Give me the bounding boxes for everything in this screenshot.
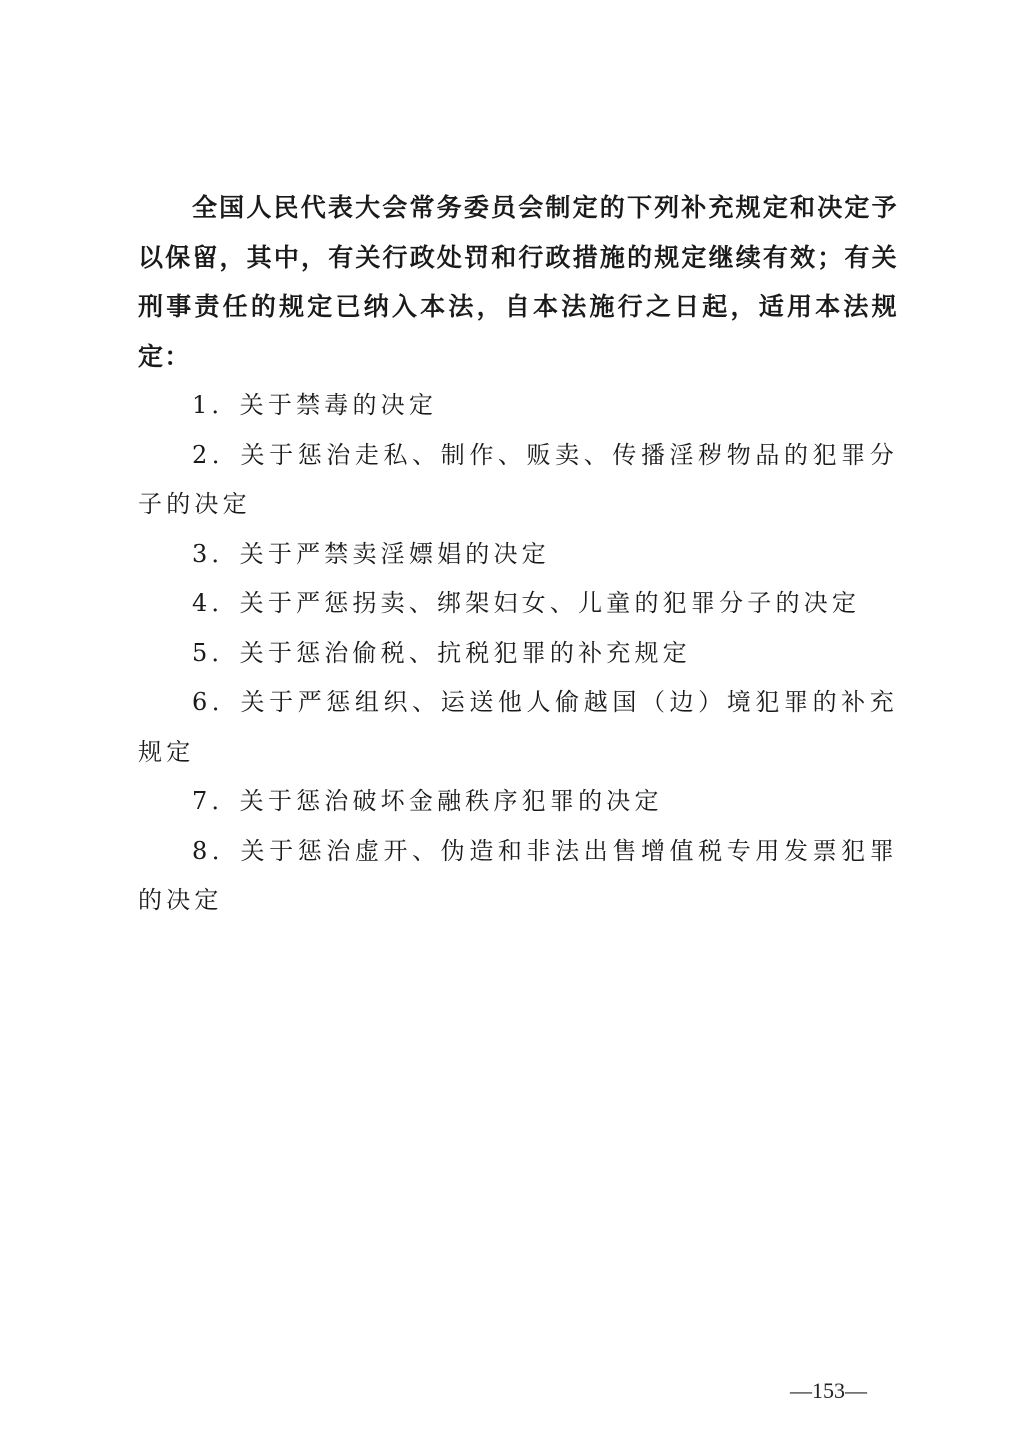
document-page: 全国人民代表大会常务委员会制定的下列补充规定和决定予以保留，其中，有关行政处罚和… xyxy=(0,0,1024,1448)
page-content: 全国人民代表大会常务委员会制定的下列补充规定和决定予以保留，其中，有关行政处罚和… xyxy=(138,183,898,926)
list-item-7: 7．关于惩治破坏金融秩序犯罪的决定 xyxy=(138,777,898,827)
list-item-1: 1．关于禁毒的决定 xyxy=(138,381,898,431)
list-item-5: 5．关于惩治偷税、抗税犯罪的补充规定 xyxy=(138,629,898,679)
page-number: —153— xyxy=(790,1378,867,1404)
intro-paragraph: 全国人民代表大会常务委员会制定的下列补充规定和决定予以保留，其中，有关行政处罚和… xyxy=(138,183,898,381)
list-item-2: 2．关于惩治走私、制作、贩卖、传播淫秽物品的犯罪分子的决定 xyxy=(138,431,898,530)
list-item-6: 6．关于严惩组织、运送他人偷越国（边）境犯罪的补充规定 xyxy=(138,678,898,777)
list-item-3: 3．关于严禁卖淫嫖娼的决定 xyxy=(138,530,898,580)
list-item-4: 4．关于严惩拐卖、绑架妇女、儿童的犯罪分子的决定 xyxy=(138,579,898,629)
list-item-8: 8．关于惩治虚开、伪造和非法出售增值税专用发票犯罪的决定 xyxy=(138,827,898,926)
